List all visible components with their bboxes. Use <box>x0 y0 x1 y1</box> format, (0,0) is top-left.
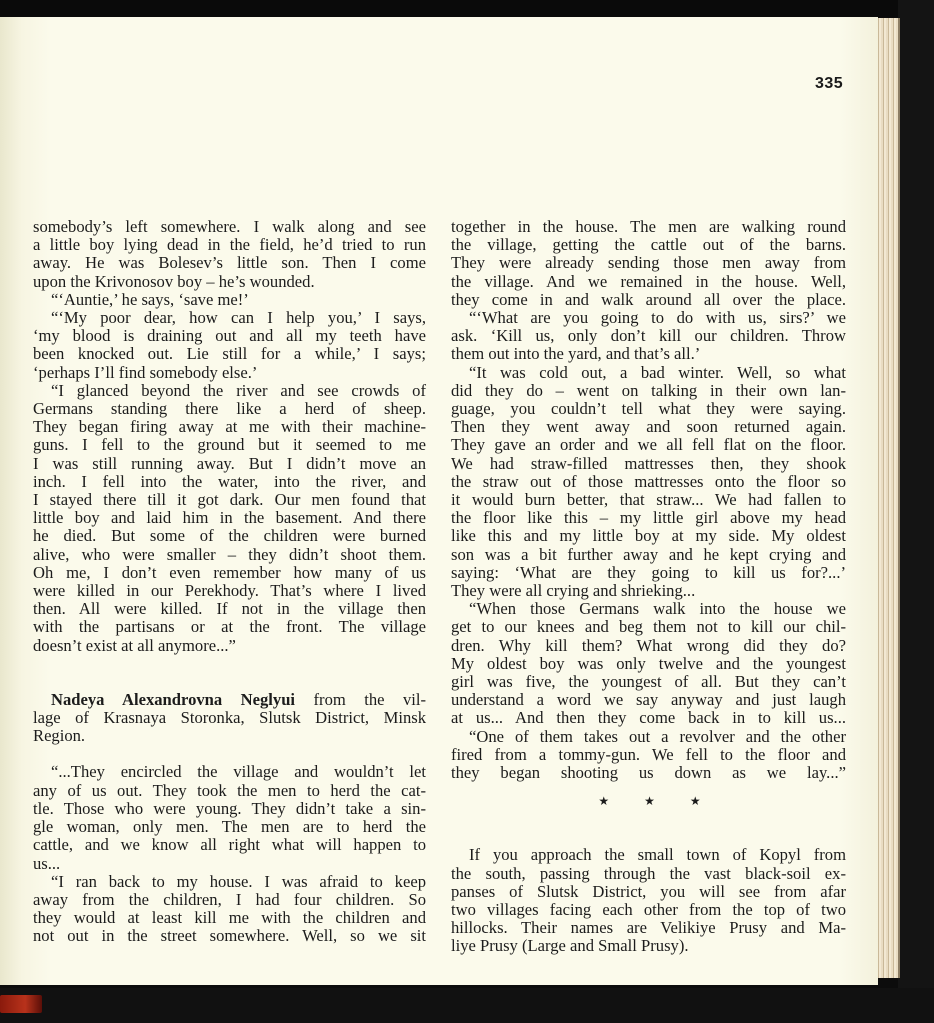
bookmark-ribbon <box>0 995 42 1013</box>
text-line: Then they went away and soon returned ag… <box>451 418 846 436</box>
text-line: doesn’t exist at all anymore...” <box>33 637 426 655</box>
text-line: dren. Why kill them? What wrong did they… <box>451 637 846 655</box>
text-line: like this and my little boy at my side. … <box>451 527 846 545</box>
text-line: saying: ‘What are they going to kill us … <box>451 564 846 582</box>
text-line: “...They encircled the village and would… <box>33 763 426 781</box>
section-break-stars: ★ ★ ★ <box>451 782 846 818</box>
text-line: liye Prusy (Large and Small Prusy). <box>451 937 846 955</box>
book-cover-bottom <box>0 988 934 1023</box>
text-line: Oh me, I don’t even remember how many of… <box>33 564 426 582</box>
text-line: he died. But some of the children were b… <box>33 527 426 545</box>
text-line: inch. I fell into the water, into the ri… <box>33 473 426 491</box>
text-line: the village, getting the cattle out of t… <box>451 236 846 254</box>
text-line: My oldest boy was only twelve and the yo… <box>451 655 846 673</box>
text-line: lage of Krasnaya Storonka, Slutsk Distri… <box>33 709 426 727</box>
text-line: If you approach the small town of Kopyl … <box>451 846 846 864</box>
text-line: tle. Those who were young. They didn’t t… <box>33 800 426 818</box>
text-line: We had straw-filled mattresses then, the… <box>451 455 846 473</box>
text-line: the village. And we remained in the hous… <box>451 273 846 291</box>
spacer <box>451 818 846 846</box>
text-line: “It was cold out, a bad winter. Well, so… <box>451 364 846 382</box>
text-line: alive, who were smaller – they didn’t sh… <box>33 546 426 564</box>
text-line: understand a word we say anyway and just… <box>451 691 846 709</box>
spacer <box>33 745 426 763</box>
speaker-intro-text: from the vil- <box>295 690 426 709</box>
text-line: cattle, and we know all right what will … <box>33 836 426 854</box>
text-line: the south, passing through the vast blac… <box>451 865 846 883</box>
text-line: not out in the street somewhere. Well, s… <box>33 927 426 945</box>
text-line: with the partisans or at the front. The … <box>33 618 426 636</box>
text-line: “I ran back to my house. I was afraid to… <box>33 873 426 891</box>
text-line: Region. <box>33 727 426 745</box>
book-page: 335 somebody’s left somewhere. I walk al… <box>0 17 878 985</box>
text-line: hillocks. Their names are Velikiye Prusy… <box>451 919 846 937</box>
left-column: somebody’s left somewhere. I walk along … <box>33 218 426 946</box>
text-line: away. He was Bolesev’s little son. Then … <box>33 254 426 272</box>
page-number: 335 <box>815 75 843 93</box>
text-line: They began firing away at me with their … <box>33 418 426 436</box>
text-line: “One of them takes out a revolver and th… <box>451 728 846 746</box>
text-line: did they do – went on talking in their o… <box>451 382 846 400</box>
text-line: guns. I fell to the ground but it seemed… <box>33 436 426 454</box>
text-line: ‘my blood is draining out and all my tee… <box>33 327 426 345</box>
text-line: were killed in our Perekhody. That’s whe… <box>33 582 426 600</box>
text-line: any of us out. They took the men to herd… <box>33 782 426 800</box>
text-line: they began shooting us down as we lay...… <box>451 764 846 782</box>
right-column: together in the house. The men are walki… <box>451 218 846 956</box>
page-edges <box>876 18 900 978</box>
text-line: fired from a tommy-gun. We fell to the f… <box>451 746 846 764</box>
book-cover-top <box>0 0 934 17</box>
text-line: somebody’s left somewhere. I walk along … <box>33 218 426 236</box>
text-line: they come in and walk around all over th… <box>451 291 846 309</box>
book-cover-right <box>898 0 934 1023</box>
text-line: the straw out of those mattresses onto t… <box>451 473 846 491</box>
text-line: gle woman, only men. The men are to herd… <box>33 818 426 836</box>
text-line: two villages facing each other from the … <box>451 901 846 919</box>
text-line: They gave an order and we all fell flat … <box>451 436 846 454</box>
text-line: a little boy lying dead in the field, he… <box>33 236 426 254</box>
speaker-intro: Nadeya Alexandrovna Neglyui from the vil… <box>33 691 426 709</box>
text-line: “When those Germans walk into the house … <box>451 600 846 618</box>
text-line: girl was five, the youngest of all. But … <box>451 673 846 691</box>
text-line: I was still running away. But I didn’t m… <box>33 455 426 473</box>
text-line: panses of Slutsk District, you will see … <box>451 883 846 901</box>
text-line: son was a bit further away and he kept c… <box>451 546 846 564</box>
text-line: at us... And then they come back in to k… <box>451 709 846 727</box>
text-line: it would burn better, that straw... We h… <box>451 491 846 509</box>
text-line: They were all crying and shrieking... <box>451 582 846 600</box>
text-line: Germans standing there like a herd of sh… <box>33 400 426 418</box>
text-line: them out into the yard, and that’s all.’ <box>451 345 846 363</box>
spacer <box>33 655 426 691</box>
text-line: they would at least kill me with the chi… <box>33 909 426 927</box>
text-line: get to our knees and beg them not to kil… <box>451 618 846 636</box>
text-line: ‘perhaps I’ll find somebody else.’ <box>33 364 426 382</box>
text-line: They were already sending those men away… <box>451 254 846 272</box>
text-line: been knocked out. Lie still for a while,… <box>33 345 426 363</box>
text-line: “‘My poor dear, how can I help you,’ I s… <box>33 309 426 327</box>
text-line: us... <box>33 855 426 873</box>
text-line: away from the children, I had four child… <box>33 891 426 909</box>
speaker-name: Nadeya Alexandrovna Neglyui <box>51 690 295 709</box>
text-line: the floor like this – my little girl abo… <box>451 509 846 527</box>
text-line: “‘What are you going to do with us, sirs… <box>451 309 846 327</box>
text-line: “‘Auntie,’ he says, ‘save me!’ <box>33 291 426 309</box>
text-line: “I glanced beyond the river and see crow… <box>33 382 426 400</box>
text-line: upon the Krivonosov boy – he’s wounded. <box>33 273 426 291</box>
text-line: I stayed there till it got dark. Our men… <box>33 491 426 509</box>
text-line: ask. ‘Kill us, only don’t kill our child… <box>451 327 846 345</box>
text-line: then. All were killed. If not in the vil… <box>33 600 426 618</box>
text-line: guage, you couldn’t tell what they were … <box>451 400 846 418</box>
text-line: little boy and laid him in the basement.… <box>33 509 426 527</box>
text-line: together in the house. The men are walki… <box>451 218 846 236</box>
